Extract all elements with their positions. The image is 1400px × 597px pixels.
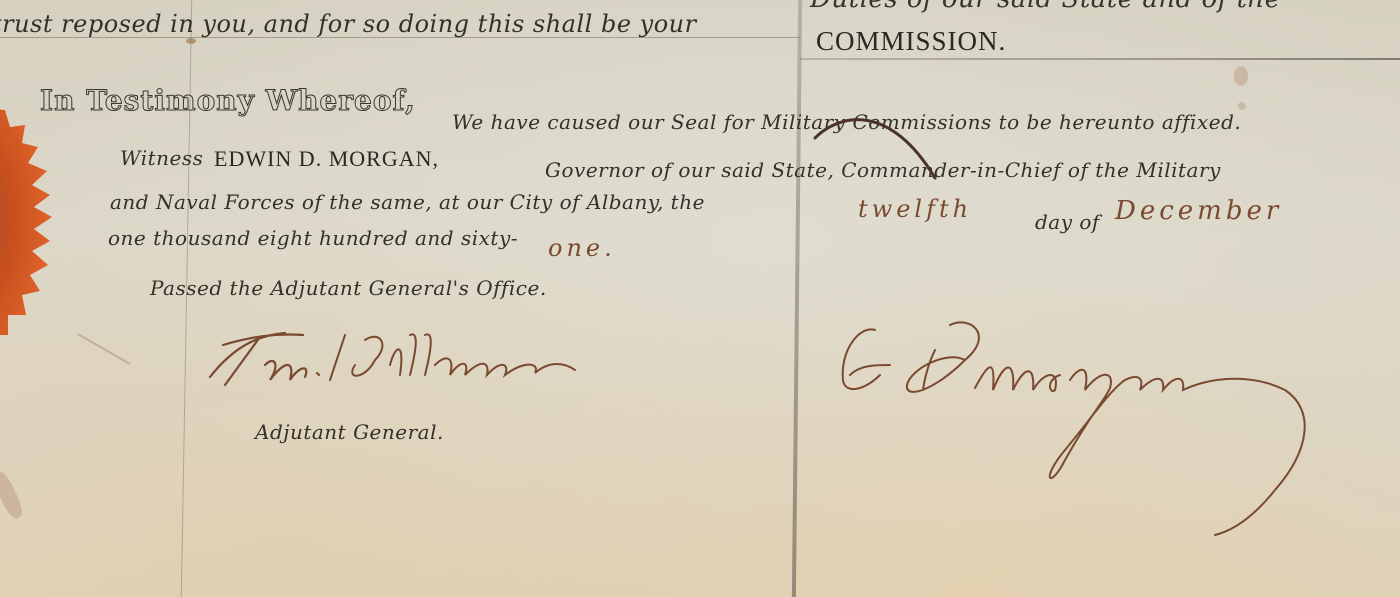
year-text: one thousand eight hundred and sixty-: [108, 226, 518, 250]
trust-reposed-text: trust reposed in you, and for so doing t…: [0, 10, 697, 38]
forces-text: and Naval Forces of the same, at our Cit…: [110, 190, 705, 214]
handwritten-year: one.: [548, 234, 616, 262]
fold-line-horizontal: [800, 58, 1400, 60]
passed-adjutant-office-text: Passed the Adjutant General's Office.: [150, 276, 547, 300]
stain: [1234, 66, 1248, 86]
ink-stroke-mark: [810, 108, 950, 188]
adjutant-title: Adjutant General.: [255, 420, 444, 444]
day-of-text: day of: [1035, 210, 1100, 234]
handwritten-month: December: [1115, 196, 1282, 226]
governor-name: EDWIN D. MORGAN,: [214, 146, 439, 172]
commission-heading: COMMISSION.: [816, 26, 1006, 57]
partial-top-line: Duties of our said State and of the: [810, 0, 1281, 14]
handwritten-day: twelfth: [858, 195, 972, 223]
wax-seal-icon: [0, 105, 55, 335]
testimony-heading: In Testimony Whereof,: [40, 84, 416, 117]
stain: [186, 38, 196, 44]
stain: [1238, 102, 1246, 110]
adjutant-signature: [205, 325, 595, 395]
governor-signature: [835, 320, 1325, 540]
witness-prefix: Witness: [120, 146, 203, 170]
